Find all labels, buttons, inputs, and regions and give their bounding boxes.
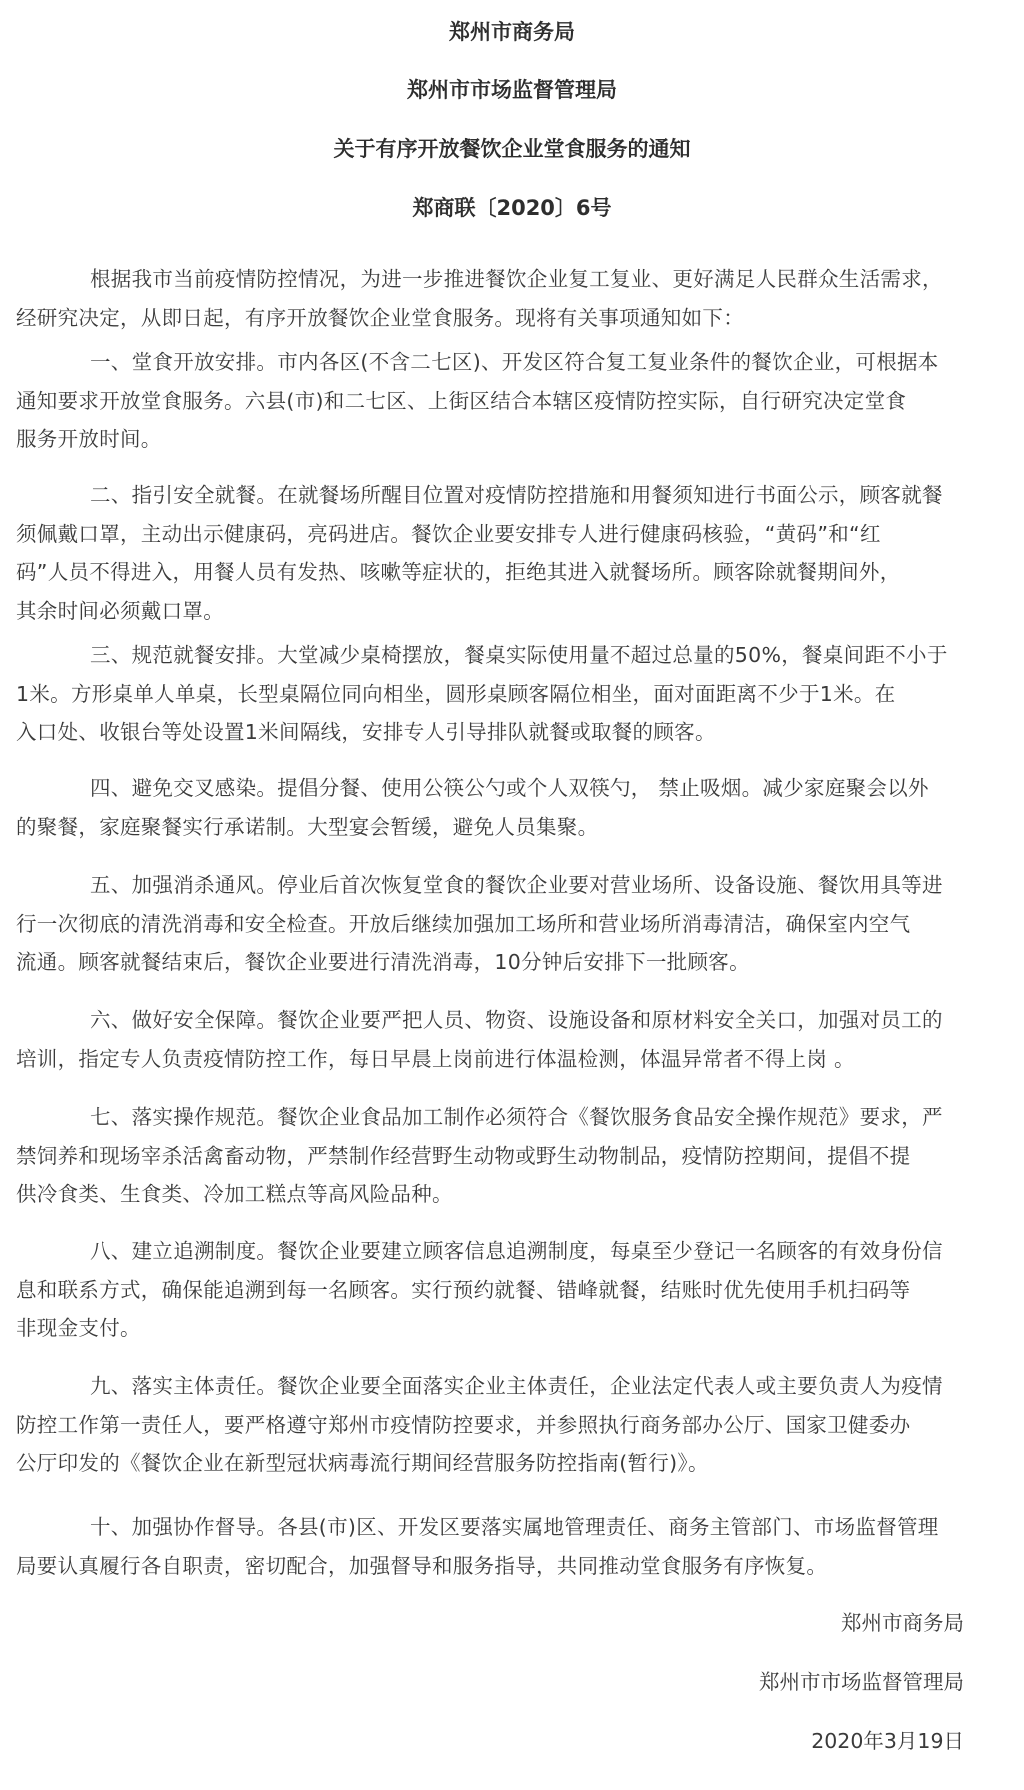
signature-market-supervision-bureau: 郑州市市场监督管理局 bbox=[759, 1667, 964, 1697]
section-line: 通知要求开放堂食服务。六县(市)和二七区、上街区结合本辖区疫情防控实际，自行研究… bbox=[16, 382, 976, 421]
section-line: 供冷食类、生食类、冷加工糕点等高风险品种。 bbox=[16, 1175, 976, 1214]
signature-date: 2020年3月19日 bbox=[811, 1726, 964, 1756]
section-2-safe-dining-guidance: 二、指引安全就餐。在就餐场所醒目位置对疫情防控措施和用餐须知进行书面公示，顾客就… bbox=[16, 476, 976, 630]
section-line: 须佩戴口罩，主动出示健康码，亮码进店。餐饮企业要安排专人进行健康码核验，“黄码”… bbox=[16, 515, 976, 554]
document-title: 关于有序开放餐饮企业堂食服务的通知 bbox=[0, 134, 1024, 164]
section-line: 服务开放时间。 bbox=[16, 420, 976, 459]
section-line: 六、做好安全保障。餐饮企业要严把人员、物资、设施设备和原材料安全关口，加强对员工… bbox=[16, 1001, 976, 1040]
section-line: 入口处、收银台等处设置1米间隔线，安排专人引导排队就餐或取餐的顾客。 bbox=[16, 713, 976, 752]
section-line: 息和联系方式，确保能追溯到每一名顾客。实行预约就餐、错峰就餐，结账时优先使用手机… bbox=[16, 1271, 976, 1310]
section-3-dining-arrangement-standards: 三、规范就餐安排。大堂减少桌椅摆放，餐桌实际使用量不超过总量的50%，餐桌间距不… bbox=[16, 636, 976, 752]
section-line: 1米。方形桌单人单桌，长型桌隔位同向相坐，圆形桌顾客隔位相坐，面对面距离不少于1… bbox=[16, 675, 976, 714]
section-6-safety-assurance: 六、做好安全保障。餐饮企业要严把人员、物资、设施设备和原材料安全关口，加强对员工… bbox=[16, 1001, 976, 1078]
signature-commerce-bureau: 郑州市商务局 bbox=[841, 1608, 964, 1638]
document-number: 郑商联〔2020〕6号 bbox=[0, 193, 1024, 223]
section-5-disinfection-ventilation: 五、加强消杀通风。停业后首次恢复堂食的餐饮企业要对营业场所、设备设施、餐饮用具等… bbox=[16, 866, 976, 982]
section-line: 三、规范就餐安排。大堂减少桌椅摆放，餐桌实际使用量不超过总量的50%，餐桌间距不… bbox=[16, 636, 976, 675]
intro-paragraph: 根据我市当前疫情防控情况，为进一步推进餐饮企业复工复业、更好满足人民群众生活需求… bbox=[16, 260, 976, 337]
section-9-main-responsibility: 九、落实主体责任。餐饮企业要全面落实企业主体责任，企业法定代表人或主要负责人为疫… bbox=[16, 1367, 976, 1483]
section-line: 十、加强协作督导。各县(市)区、开发区要落实属地管理责任、商务主管部门、市场监督… bbox=[16, 1508, 976, 1547]
section-line: 码”人员不得进入，用餐人员有发热、咳嗽等症状的，拒绝其进入就餐场所。顾客除就餐期… bbox=[16, 553, 976, 592]
section-4-avoid-cross-infection: 四、避免交叉感染。提倡分餐、使用公筷公勺或个人双筷勺， 禁止吸烟。减少家庭聚会以… bbox=[16, 769, 976, 846]
section-line: 防控工作第一责任人，要严格遵守郑州市疫情防控要求，并参照执行商务部办公厅、国家卫… bbox=[16, 1406, 976, 1445]
section-1-dining-opening-arrangement: 一、堂食开放安排。市内各区(不含二七区)、开发区符合复工复业条件的餐饮企业，可根… bbox=[16, 343, 976, 459]
section-7-operating-standards: 七、落实操作规范。餐饮企业食品加工制作必须符合《餐饮服务食品安全操作规范》要求，… bbox=[16, 1098, 976, 1214]
intro-line: 根据我市当前疫情防控情况，为进一步推进餐饮企业复工复业、更好满足人民群众生活需求… bbox=[16, 260, 976, 299]
section-line: 五、加强消杀通风。停业后首次恢复堂食的餐饮企业要对营业场所、设备设施、餐饮用具等… bbox=[16, 866, 976, 905]
section-10-coordination-supervision: 十、加强协作督导。各县(市)区、开发区要落实属地管理责任、商务主管部门、市场监督… bbox=[16, 1508, 976, 1585]
issuer-heading-market-supervision-bureau: 郑州市市场监督管理局 bbox=[0, 75, 1024, 105]
section-line: 二、指引安全就餐。在就餐场所醒目位置对疫情防控措施和用餐须知进行书面公示，顾客就… bbox=[16, 476, 976, 515]
section-line: 九、落实主体责任。餐饮企业要全面落实企业主体责任，企业法定代表人或主要负责人为疫… bbox=[16, 1367, 976, 1406]
section-line: 公厅印发的《餐饮企业在新型冠状病毒流行期间经营服务防控指南(暂行)》。 bbox=[16, 1444, 976, 1483]
section-8-traceability-system: 八、建立追溯制度。餐饮企业要建立顾客信息追溯制度，每桌至少登记一名顾客的有效身份… bbox=[16, 1232, 976, 1348]
issuer-heading-commerce-bureau: 郑州市商务局 bbox=[0, 17, 1024, 47]
section-line: 八、建立追溯制度。餐饮企业要建立顾客信息追溯制度，每桌至少登记一名顾客的有效身份… bbox=[16, 1232, 976, 1271]
section-line: 局要认真履行各自职责，密切配合，加强督导和服务指导，共同推动堂食服务有序恢复。 bbox=[16, 1547, 976, 1586]
section-line: 培训，指定专人负责疫情防控工作，每日早晨上岗前进行体温检测，体温异常者不得上岗 … bbox=[16, 1040, 976, 1079]
section-line: 非现金支付。 bbox=[16, 1309, 976, 1348]
section-line: 其余时间必须戴口罩。 bbox=[16, 592, 976, 631]
section-line: 禁饲养和现场宰杀活禽畜动物，严禁制作经营野生动物或野生动物制品，疫情防控期间，提… bbox=[16, 1137, 976, 1176]
section-line: 行一次彻底的清洗消毒和安全检查。开放后继续加强加工场所和营业场所消毒清洁，确保室… bbox=[16, 905, 976, 944]
intro-line: 经研究决定，从即日起，有序开放餐饮企业堂食服务。现将有关事项通知如下： bbox=[16, 299, 976, 338]
section-line: 七、落实操作规范。餐饮企业食品加工制作必须符合《餐饮服务食品安全操作规范》要求，… bbox=[16, 1098, 976, 1137]
section-line: 的聚餐，家庭聚餐实行承诺制。大型宴会暂缓，避免人员集聚。 bbox=[16, 808, 976, 847]
section-line: 四、避免交叉感染。提倡分餐、使用公筷公勺或个人双筷勺， 禁止吸烟。减少家庭聚会以… bbox=[16, 769, 976, 808]
section-line: 一、堂食开放安排。市内各区(不含二七区)、开发区符合复工复业条件的餐饮企业，可根… bbox=[16, 343, 976, 382]
section-line: 流通。顾客就餐结束后，餐饮企业要进行清洗消毒，10分钟后安排下一批顾客。 bbox=[16, 943, 976, 982]
